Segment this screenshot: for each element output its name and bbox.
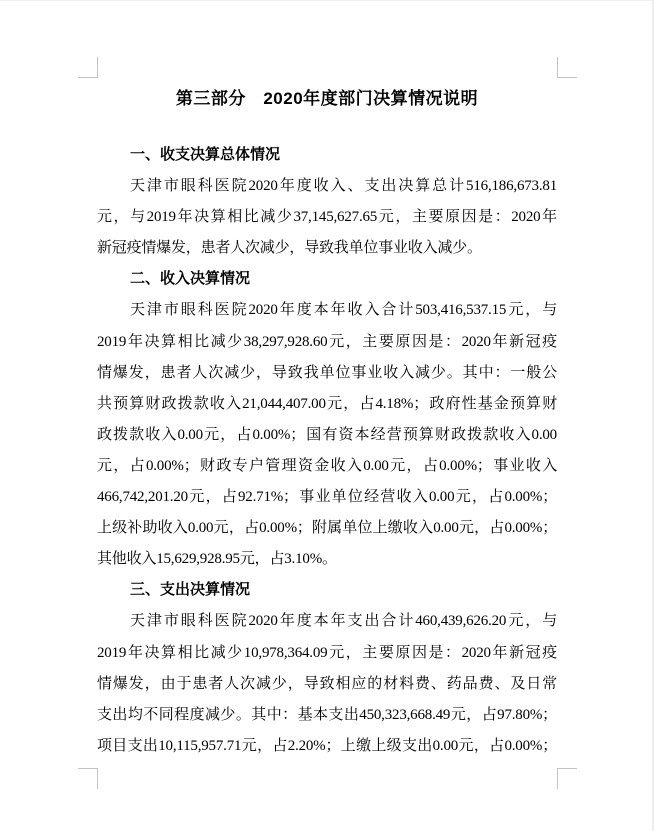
text-line: 新冠疫情爆发，患者人次减少，导致我单位事业收入减少。: [97, 233, 557, 264]
text-line: 2019年决算相比减少38,297,928.60元，主要原因是：2020年新冠疫: [97, 327, 557, 358]
document-title: 第三部分 2020年度部门决算情况说明: [97, 78, 557, 120]
text-line: 上级补助收入0.00元，占0.00%；附属单位上缴收入0.00元，占0.00%；: [97, 513, 557, 544]
section-1-heading: 一、收支决算总体情况: [97, 140, 557, 171]
document-content: 第三部分 2020年度部门决算情况说明 一、收支决算总体情况 天津市眼科医院20…: [97, 78, 557, 762]
text-line: 政拨款收入0.00元，占0.00%；国有资本经营预算财政拨款收入0.00: [97, 420, 557, 451]
text-boundary-mark-bottom-left: [78, 768, 98, 789]
text-line: 情爆发，患者人次减少，导致我单位事业收入减少。其中：一般公: [97, 358, 557, 389]
text-line: 天津市眼科医院2020年度收入、支出决算总计516,186,673.81: [97, 171, 557, 202]
text-line: 其他收入15,629,928.95元，占3.10%。: [97, 544, 557, 575]
text-line: 天津市眼科医院2020年度本年支出合计460,439,626.20元，与: [97, 606, 557, 637]
text-line: 元，占0.00%；财政专户管理资金收入0.00元，占0.00%；事业收入: [97, 451, 557, 482]
text-line: 元，与2019年决算相比减少37,145,627.65元，主要原因是：2020年: [97, 202, 557, 233]
text-line: 情爆发，由于患者人次减少，导致相应的材料费、药品费、及日常: [97, 669, 557, 700]
text-line: 项目支出10,115,957.71元，占2.20%；上缴上级支出0.00元，占0…: [97, 731, 557, 762]
text-boundary-mark-bottom-right: [557, 768, 577, 789]
text-line: 2019年决算相比减少10,978,364.09元，主要原因是：2020年新冠疫: [97, 638, 557, 669]
window-top-edge: [0, 0, 654, 1]
text-boundary-mark-top-left: [78, 57, 98, 78]
text-line: 支出均不同程度减少。其中：基本支出450,323,668.49元，占97.80%…: [97, 700, 557, 731]
title-gap: [97, 120, 557, 140]
text-line: 466,742,201.20元，占92.71%；事业单位经营收入0.00元，占0…: [97, 482, 557, 513]
text-line: 共预算财政拨款收入21,044,407.00元，占4.18%；政府性基金预算财: [97, 389, 557, 420]
text-boundary-mark-top-right: [557, 57, 577, 78]
section-3-heading: 三、支出决算情况: [97, 575, 557, 606]
text-line: 天津市眼科医院2020年度本年收入合计503,416,537.15元，与: [97, 295, 557, 326]
section-2-heading: 二、收入决算情况: [97, 264, 557, 295]
